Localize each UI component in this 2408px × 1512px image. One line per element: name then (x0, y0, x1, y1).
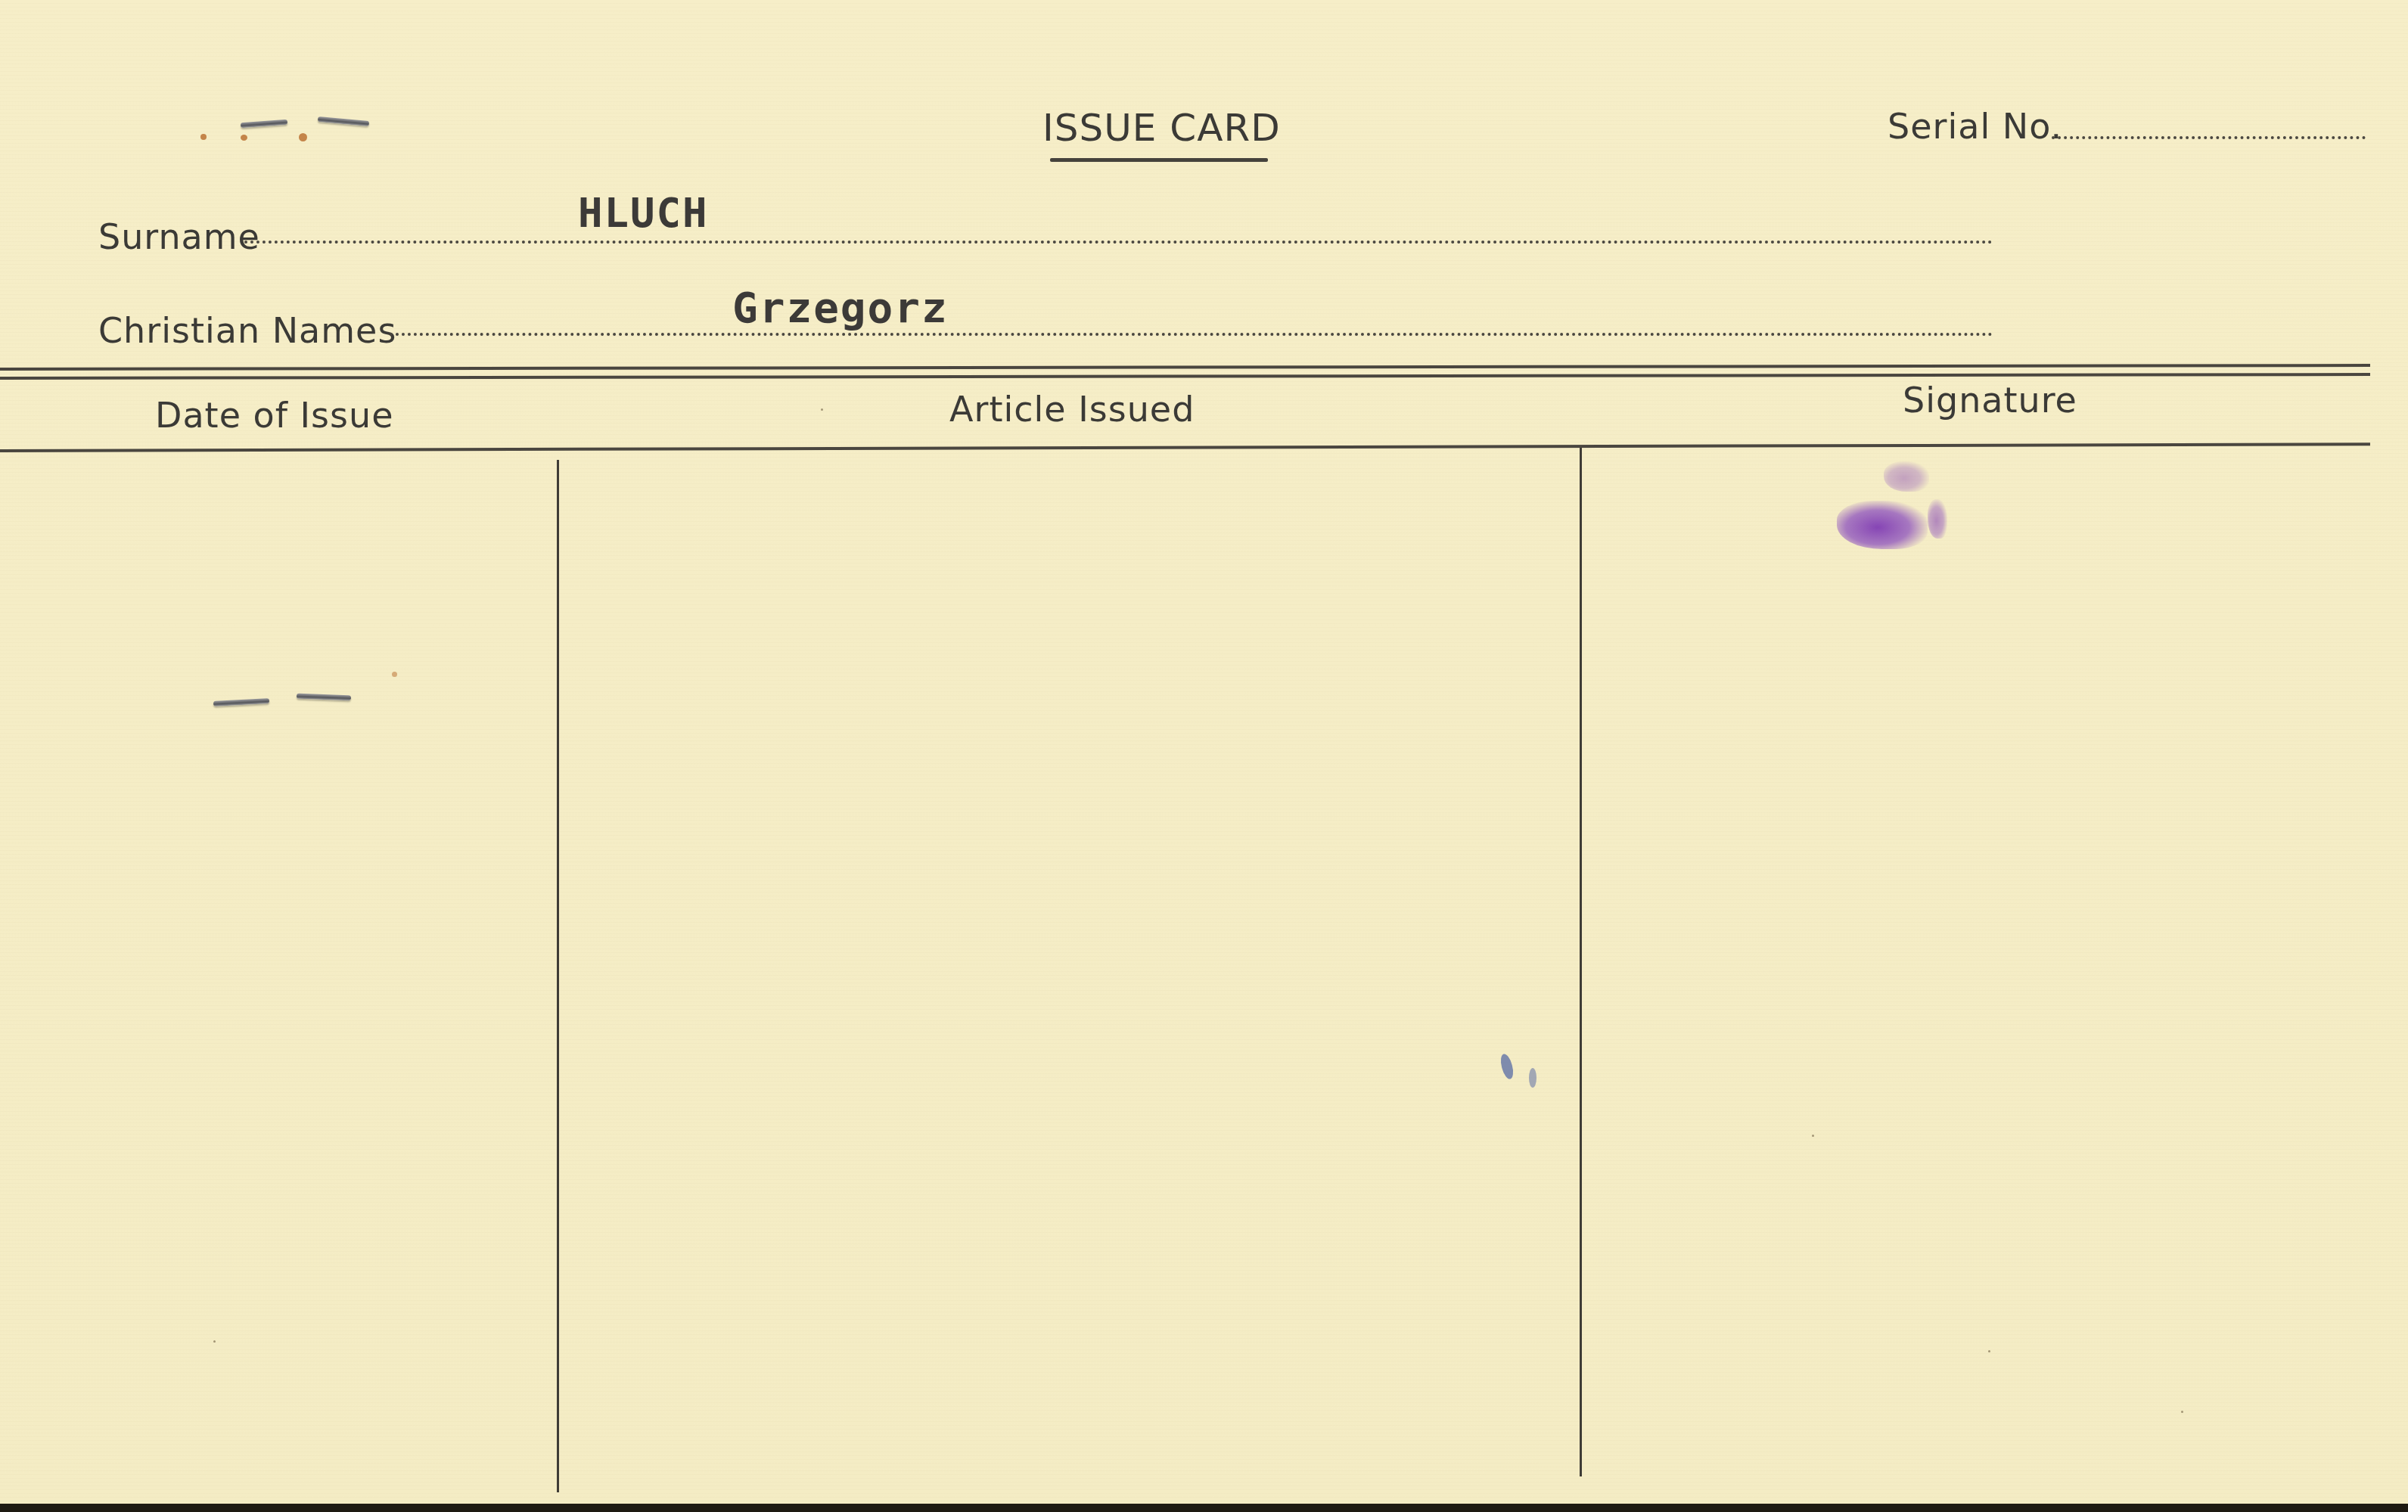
scan-bottom-edge (0, 1504, 2408, 1512)
staple-lower-left (213, 698, 269, 706)
paper-speck (213, 1340, 216, 1343)
issue-card: ISSUE CARD Serial No. Surname HLUCH Chri… (0, 0, 2408, 1505)
paper-speck (821, 408, 823, 411)
surname-field-line (244, 241, 1993, 244)
ink-mark (1499, 1053, 1515, 1080)
ink-stamp-smudge (1928, 499, 1947, 539)
column-divider-1 (557, 460, 559, 1492)
ink-stamp-smudge (1884, 461, 1929, 492)
rust-spot (241, 135, 247, 141)
christian-names-label: Christian Names (98, 310, 396, 351)
column-divider-2 (1580, 448, 1582, 1476)
card-title: ISSUE CARD (1042, 106, 1281, 150)
title-underline (1050, 158, 1268, 162)
serial-no-field (2052, 136, 2366, 139)
paper-speck (1988, 1350, 1990, 1352)
column-header-date-of-issue: Date of Issue (155, 395, 393, 436)
column-header-signature: Signature (1903, 380, 2077, 421)
rust-spot (392, 672, 397, 677)
paper-speck (2181, 1411, 2183, 1413)
staple-top-left (241, 120, 287, 128)
serial-no-label: Serial No. (1888, 106, 2062, 147)
christian-names-field-line (390, 333, 1993, 336)
double-rule-bottom (0, 373, 2370, 380)
double-rule-top (0, 364, 2370, 371)
christian-names-value: Grzegorz (732, 284, 949, 333)
column-header-article-issued: Article Issued (949, 389, 1195, 430)
surname-label: Surname (98, 216, 260, 257)
header-bottom-rule (0, 442, 2370, 452)
rust-spot (200, 134, 207, 140)
staple-lower-right (297, 694, 351, 701)
staple-top-right (318, 116, 369, 126)
rust-spot (299, 133, 307, 141)
ink-stamp-smudge (1837, 501, 1928, 549)
surname-value: HLUCH (578, 189, 709, 237)
paper-speck (1812, 1135, 1814, 1137)
ink-mark (1529, 1068, 1536, 1088)
